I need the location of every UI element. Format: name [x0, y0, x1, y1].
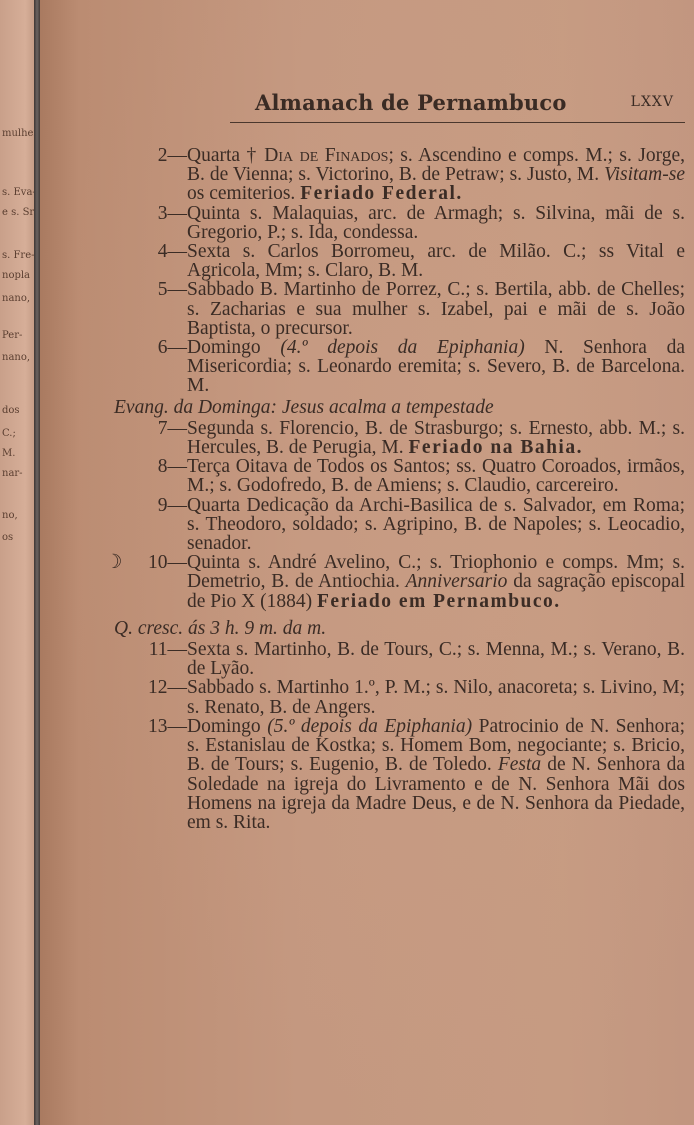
calendar-entries: 2— Quarta † Dia de Finados; s. Ascendino…: [120, 146, 685, 832]
calendar-entry: 2— Quarta † Dia de Finados; s. Ascendino…: [120, 146, 685, 204]
left-page-fragment: os: [2, 532, 34, 543]
adjacent-page-edge: mulher s. Eva- e s. Sr- s. Fre- nopla na…: [0, 0, 36, 1125]
entry-day-number: 3: [158, 203, 168, 224]
entry-italic: Visitam-se: [604, 164, 685, 185]
left-page-fragment: mulher: [2, 128, 34, 139]
left-page-fragment: e s. Sr-: [2, 207, 34, 218]
page-header: Almanach de Pernambuco LXXV: [220, 86, 684, 120]
calendar-entry: 6— Domingo (4.º depois da Epiphania) N. …: [120, 338, 685, 396]
entry-weekday: Terça: [187, 456, 230, 477]
entry-day-number: 6: [158, 337, 168, 358]
entry-day-number: 12: [148, 677, 168, 698]
calendar-entry: 11— Sexta s. Martinho, B. de Tours, C.; …: [120, 640, 685, 678]
calendar-entry: 8— Terça Oitava de Todos os Santos; ss. …: [120, 457, 685, 495]
entry-italic: (4.º depois da Epiphania): [280, 337, 524, 358]
entry-text: B. Martinho de Porrez, C.; s. Bertila, a…: [187, 279, 685, 338]
entry-text: Dedicação da Archi-Basilica de s. Salvad…: [187, 495, 685, 554]
entry-text: s. Malaquias, arc. de Armagh; s. Silvina…: [187, 203, 685, 243]
entry-text: s. Martinho 1.º, P. M.; s. Nilo, anacore…: [187, 677, 685, 717]
left-page-fragment: no,: [2, 510, 34, 521]
moon-phase-icon: ☽: [105, 553, 122, 572]
left-page-fragment: nopla: [2, 270, 34, 281]
entry-weekday: Sexta: [187, 639, 230, 660]
entry-italic-2: Festa: [498, 754, 541, 775]
entry-weekday: Quarta: [187, 495, 240, 516]
entry-day-number: 7: [158, 418, 168, 439]
calendar-entry: 12— Sabbado s. Martinho 1.º, P. M.; s. N…: [120, 678, 685, 716]
page-title: Almanach de Pernambuco: [255, 90, 567, 115]
holiday-label: Feriado na Bahia.: [409, 437, 583, 458]
left-page-fragment: C.;: [2, 428, 34, 439]
entry-text: Oitava de Todos os Santos; ss. Quatro Co…: [187, 456, 685, 496]
left-page-fragment: Per-: [2, 330, 34, 341]
entry-day-number: 2: [158, 145, 168, 166]
entry-weekday: Sabbado: [187, 677, 254, 698]
page-number: LXXV: [631, 94, 674, 110]
entry-day-number: 9: [158, 495, 168, 516]
left-page-fragment: M.: [2, 448, 34, 459]
entry-weekday: Quinta: [187, 552, 240, 573]
calendar-entry: ☽10— Quinta s. André Avelino, C.; s. Tri…: [120, 553, 685, 611]
header-divider: [230, 122, 685, 123]
moon-phase-note: Q. cresc. ás 3 h. 9 m. da m.: [114, 619, 685, 638]
entry-day-number: 4: [158, 241, 168, 262]
left-page-fragment: s. Fre-: [2, 250, 34, 261]
entry-feast: Dia de Finados: [264, 145, 388, 166]
calendar-entry: 7— Segunda s. Florencio, B. de Strasburg…: [120, 419, 685, 457]
left-page-fragment: dos: [2, 405, 34, 416]
entry-text-2: os cemiterios.: [187, 183, 295, 204]
entry-weekday: Quarta: [187, 145, 240, 166]
entry-weekday: Sabbado: [187, 279, 254, 300]
entry-day-number: 8: [158, 456, 168, 477]
entry-weekday: Domingo: [187, 716, 261, 737]
entry-text: s. Martinho, B. de Tours, C.; s. Menna, …: [187, 639, 685, 679]
cross-icon: †: [247, 145, 258, 166]
entry-day-number: 10: [148, 552, 168, 573]
entry-weekday: Quinta: [187, 203, 240, 224]
left-page-fragment: s. Eva-: [2, 187, 34, 198]
calendar-entry: 5— Sabbado B. Martinho de Porrez, C.; s.…: [120, 280, 685, 338]
holiday-label: Feriado em Pernambuco.: [317, 591, 561, 612]
calendar-entry: 13— Domingo (5.º depois da Epiphania) Pa…: [120, 717, 685, 832]
calendar-entry: 4— Sexta s. Carlos Borromeu, arc. de Mil…: [120, 242, 685, 280]
holiday-label: Feriado Federal.: [300, 183, 463, 204]
entry-day-number: 11: [149, 639, 168, 660]
entry-weekday: Segunda: [187, 418, 254, 439]
entry-day-number: 13: [148, 716, 168, 737]
entry-weekday: Domingo: [187, 337, 261, 358]
entry-italic: Anniversario: [406, 571, 508, 592]
entry-weekday: Sexta: [187, 241, 230, 262]
entry-text: s. Carlos Borromeu, arc. de Milão. C.; s…: [187, 241, 685, 281]
calendar-entry: 3— Quinta s. Malaquias, arc. de Armagh; …: [120, 204, 685, 242]
entry-day-number: 5: [158, 279, 168, 300]
gospel-note: Evang. da Dominga: Jesus acalma a tempes…: [114, 398, 685, 417]
left-page-fragment: nano,: [2, 352, 34, 363]
left-page-fragment: nano,: [2, 293, 34, 304]
left-page-fragment: nar-: [2, 468, 34, 479]
calendar-entry: 9— Quarta Dedicação da Archi-Basilica de…: [120, 496, 685, 554]
entry-italic: (5.º depois da Epiphania): [267, 716, 472, 737]
